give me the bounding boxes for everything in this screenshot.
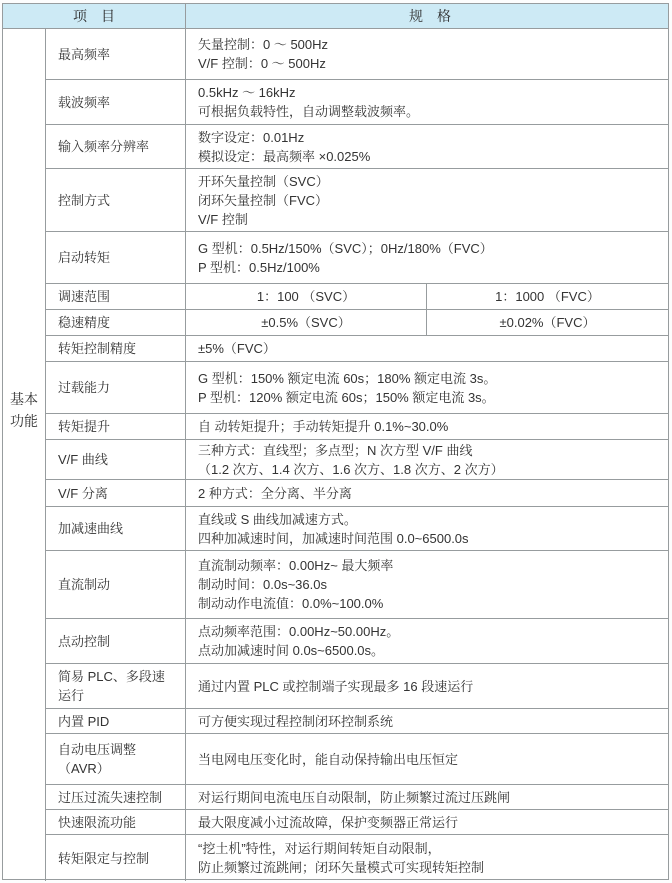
row-label: V/F 分离 (46, 480, 186, 506)
row-label: 转矩限定与控制 (46, 835, 186, 881)
spec-line: 模拟设定：最高频率 ×0.025% (198, 147, 662, 166)
row-label-line: 加减速曲线 (58, 519, 181, 538)
table-row: 点动控制 点动频率范围：0.00Hz~50.00Hz。 点动加减速时间 0.0s… (46, 618, 668, 663)
row-label: 过载能力 (46, 362, 186, 413)
spec-line: 2 种方式：全分离、半分离 (198, 484, 662, 503)
row-label: 快速限流功能 (46, 810, 186, 834)
row-spec: 数字设定：0.01Hz 模拟设定：最高频率 ×0.025% (186, 125, 668, 168)
table-row: 输入频率分辨率 数字设定：0.01Hz 模拟设定：最高频率 ×0.025% (46, 124, 668, 168)
spec-line: “挖土机”特性，对运行期间转矩自动限制， (198, 839, 662, 858)
row-label: 转矩控制精度 (46, 336, 186, 361)
table-header: 项 目 规 格 (3, 4, 668, 29)
row-label: 稳速精度 (46, 310, 186, 335)
spec-line: 当电网电压变化时，能自动保持输出电压恒定 (198, 750, 662, 769)
row-label: 启动转矩 (46, 232, 186, 283)
row-spec: ±5%（FVC） (186, 336, 668, 361)
spec-line: 可根据负载特性，自动调整载波频率。 (198, 102, 662, 121)
row-spec: 2 种方式：全分离、半分离 (186, 480, 668, 506)
table-body: 基本 功能 最高频率 矢量控制：0 ～ 500Hz V/F 控制：0 ～ 500… (3, 29, 668, 881)
group-label-line: 基本 (10, 388, 38, 410)
spec-line: 防止频繁过流跳闸；闭环矢量模式可实现转矩控制 (198, 858, 662, 877)
table-row: 直流制动 直流制动频率：0.00Hz~ 最大频率 制动时间：0.0s~36.0s… (46, 550, 668, 618)
spec-line: 数字设定：0.01Hz (198, 128, 662, 147)
row-spec: “挖土机”特性，对运行期间转矩自动限制， 防止频繁过流跳闸；闭环矢量模式可实现转… (186, 835, 668, 881)
spec-line: 制动时间：0.0s~36.0s (198, 575, 662, 594)
spec-line: G 型机：150% 额定电流 60s；180% 额定电流 3s。 (198, 369, 662, 388)
row-spec: 1：100 （SVC） 1：1000 （FVC） (186, 284, 668, 309)
row-label-line: V/F 分离 (58, 484, 181, 503)
table-row: 稳速精度 ±0.5%（SVC） ±0.02%（FVC） (46, 309, 668, 335)
row-label: 自动电压调整 （AVR） (46, 734, 186, 784)
row-label: 输入频率分辨率 (46, 125, 186, 168)
row-label-line: 启动转矩 (58, 248, 181, 267)
row-label-line: 点动控制 (58, 632, 181, 651)
spec-line: G 型机：0.5Hz/150%（SVC）；0Hz/180%（FVC） (198, 239, 662, 258)
header-item-label: 项 目 (3, 4, 186, 28)
row-label-line: 运行 (58, 686, 181, 705)
spec-line: 直流制动频率：0.00Hz~ 最大频率 (198, 556, 662, 575)
spec-line: V/F 控制：0 ～ 500Hz (198, 54, 662, 73)
row-label: 加减速曲线 (46, 507, 186, 550)
table-row: 调速范围 1：100 （SVC） 1：1000 （FVC） (46, 283, 668, 309)
table-row: 过压过流失速控制 对运行期间电流电压自动限制，防止频繁过流过压跳闸 (46, 784, 668, 809)
row-spec: G 型机：0.5Hz/150%（SVC）；0Hz/180%（FVC） P 型机：… (186, 232, 668, 283)
spec-rows: 最高频率 矢量控制：0 ～ 500Hz V/F 控制：0 ～ 500Hz 载波频… (46, 29, 668, 881)
spec-line: 直线或 S 曲线加减速方式。 (198, 510, 662, 529)
spec-line: 点动频率范围：0.00Hz~50.00Hz。 (198, 622, 662, 641)
spec-line: 闭环矢量控制（FVC） (198, 191, 662, 210)
spec-cell-fvc: 1：1000 （FVC） (426, 284, 668, 309)
spec-table: 项 目 规 格 基本 功能 最高频率 矢量控制：0 ～ 500Hz V/F 控制… (2, 3, 669, 880)
row-label-line: 转矩限定与控制 (58, 849, 181, 868)
table-row: 转矩限定与控制 “挖土机”特性，对运行期间转矩自动限制， 防止频繁过流跳闸；闭环… (46, 834, 668, 881)
row-label: 简易 PLC、多段速 运行 (46, 664, 186, 708)
spec-line: P 型机：0.5Hz/100% (198, 258, 662, 277)
spec-line: 0.5kHz ～ 16kHz (198, 83, 662, 102)
table-row: 内置 PID 可方便实现过程控制闭环控制系统 (46, 708, 668, 733)
row-label: 最高频率 (46, 29, 186, 79)
spec-line: 矢量控制：0 ～ 500Hz (198, 35, 662, 54)
row-label: 过压过流失速控制 (46, 785, 186, 809)
row-label-line: V/F 曲线 (58, 450, 181, 469)
row-label-line: 控制方式 (58, 191, 181, 210)
table-row: 转矩提升 自 动转矩提升；手动转矩提升 0.1%~30.0% (46, 413, 668, 439)
table-row: 快速限流功能 最大限度减小过流故障，保护变频器正常运行 (46, 809, 668, 834)
table-row: 自动电压调整 （AVR） 当电网电压变化时，能自动保持输出电压恒定 (46, 733, 668, 784)
row-label: 控制方式 (46, 169, 186, 231)
row-label-line: 直流制动 (58, 575, 181, 594)
table-row: 转矩控制精度 ±5%（FVC） (46, 335, 668, 361)
spec-line: ±5%（FVC） (198, 339, 662, 358)
row-spec: 直流制动频率：0.00Hz~ 最大频率 制动时间：0.0s~36.0s 制动动作… (186, 551, 668, 618)
group-label: 基本 功能 (10, 388, 38, 432)
row-label-line: 调速范围 (58, 287, 181, 306)
spec-cell-svc: 1：100 （SVC） (186, 284, 426, 309)
row-label-line: 稳速精度 (58, 313, 181, 332)
row-spec: G 型机：150% 额定电流 60s；180% 额定电流 3s。 P 型机：12… (186, 362, 668, 413)
row-label: 内置 PID (46, 709, 186, 733)
row-label: 直流制动 (46, 551, 186, 618)
spec-cell-svc: ±0.5%（SVC） (186, 310, 426, 335)
row-spec: 点动频率范围：0.00Hz~50.00Hz。 点动加减速时间 0.0s~6500… (186, 619, 668, 663)
row-spec: ±0.5%（SVC） ±0.02%（FVC） (186, 310, 668, 335)
row-spec: 可方便实现过程控制闭环控制系统 (186, 709, 668, 733)
row-label: 调速范围 (46, 284, 186, 309)
row-label-line: （AVR） (58, 759, 181, 778)
row-spec: 三种方式：直线型；多点型；N 次方型 V/F 曲线 （1.2 次方、1.4 次方… (186, 440, 668, 479)
row-label-line: 自动电压调整 (58, 740, 181, 759)
row-label-line: 内置 PID (58, 712, 181, 731)
table-row: 启动转矩 G 型机：0.5Hz/150%（SVC）；0Hz/180%（FVC） … (46, 231, 668, 283)
table-row: 控制方式 开环矢量控制（SVC） 闭环矢量控制（FVC） V/F 控制 (46, 168, 668, 231)
spec-line: 开环矢量控制（SVC） (198, 172, 662, 191)
row-spec: 0.5kHz ～ 16kHz 可根据负载特性，自动调整载波频率。 (186, 80, 668, 124)
spec-cell-fvc: ±0.02%（FVC） (426, 310, 668, 335)
spec-line: 四种加减速时间，加减速时间范围 0.0~6500.0s (198, 529, 662, 548)
row-label-line: 输入频率分辨率 (58, 137, 181, 156)
row-label-line: 载波频率 (58, 93, 181, 112)
row-spec: 矢量控制：0 ～ 500Hz V/F 控制：0 ～ 500Hz (186, 29, 668, 79)
row-spec: 开环矢量控制（SVC） 闭环矢量控制（FVC） V/F 控制 (186, 169, 668, 231)
spec-line: V/F 控制 (198, 210, 662, 229)
row-label-line: 简易 PLC、多段速 (58, 667, 181, 686)
row-label: 转矩提升 (46, 414, 186, 439)
row-spec: 直线或 S 曲线加减速方式。 四种加减速时间，加减速时间范围 0.0~6500.… (186, 507, 668, 550)
spec-line: 通过内置 PLC 或控制端子实现最多 16 段速运行 (198, 677, 662, 696)
row-spec: 对运行期间电流电压自动限制，防止频繁过流过压跳闸 (186, 785, 668, 809)
table-row: V/F 曲线 三种方式：直线型；多点型；N 次方型 V/F 曲线 （1.2 次方… (46, 439, 668, 479)
row-label-line: 过载能力 (58, 378, 181, 397)
spec-line: （1.2 次方、1.4 次方、1.6 次方、1.8 次方、2 次方） (198, 460, 662, 479)
table-row: 简易 PLC、多段速 运行 通过内置 PLC 或控制端子实现最多 16 段速运行 (46, 663, 668, 708)
spec-line: 可方便实现过程控制闭环控制系统 (198, 712, 662, 731)
spec-line: 点动加减速时间 0.0s~6500.0s。 (198, 641, 662, 660)
row-spec: 最大限度减小过流故障，保护变频器正常运行 (186, 810, 668, 834)
group-label-line: 功能 (10, 410, 38, 432)
header-spec-label: 规 格 (186, 4, 668, 28)
row-label-line: 过压过流失速控制 (58, 788, 181, 807)
row-spec: 自 动转矩提升；手动转矩提升 0.1%~30.0% (186, 414, 668, 439)
table-row: V/F 分离 2 种方式：全分离、半分离 (46, 479, 668, 506)
row-label: V/F 曲线 (46, 440, 186, 479)
spec-line: 自 动转矩提升；手动转矩提升 0.1%~30.0% (198, 417, 662, 436)
row-label: 载波频率 (46, 80, 186, 124)
table-row: 过载能力 G 型机：150% 额定电流 60s；180% 额定电流 3s。 P … (46, 361, 668, 413)
spec-line: P 型机：120% 额定电流 60s；150% 额定电流 3s。 (198, 388, 662, 407)
group-cell: 基本 功能 (3, 29, 46, 881)
row-spec: 当电网电压变化时，能自动保持输出电压恒定 (186, 734, 668, 784)
row-label-line: 转矩控制精度 (58, 339, 181, 358)
spec-line: 三种方式：直线型；多点型；N 次方型 V/F 曲线 (198, 441, 662, 460)
row-label-line: 快速限流功能 (58, 813, 181, 832)
spec-line: 最大限度减小过流故障，保护变频器正常运行 (198, 813, 662, 832)
table-row: 加减速曲线 直线或 S 曲线加减速方式。 四种加减速时间，加减速时间范围 0.0… (46, 506, 668, 550)
table-row: 最高频率 矢量控制：0 ～ 500Hz V/F 控制：0 ～ 500Hz (46, 29, 668, 79)
row-label-line: 最高频率 (58, 45, 181, 64)
table-row: 载波频率 0.5kHz ～ 16kHz 可根据负载特性，自动调整载波频率。 (46, 79, 668, 124)
spec-line: 制动动作电流值：0.0%~100.0% (198, 594, 662, 613)
row-label-line: 转矩提升 (58, 417, 181, 436)
row-spec: 通过内置 PLC 或控制端子实现最多 16 段速运行 (186, 664, 668, 708)
row-label: 点动控制 (46, 619, 186, 663)
spec-line: 对运行期间电流电压自动限制，防止频繁过流过压跳闸 (198, 788, 662, 807)
